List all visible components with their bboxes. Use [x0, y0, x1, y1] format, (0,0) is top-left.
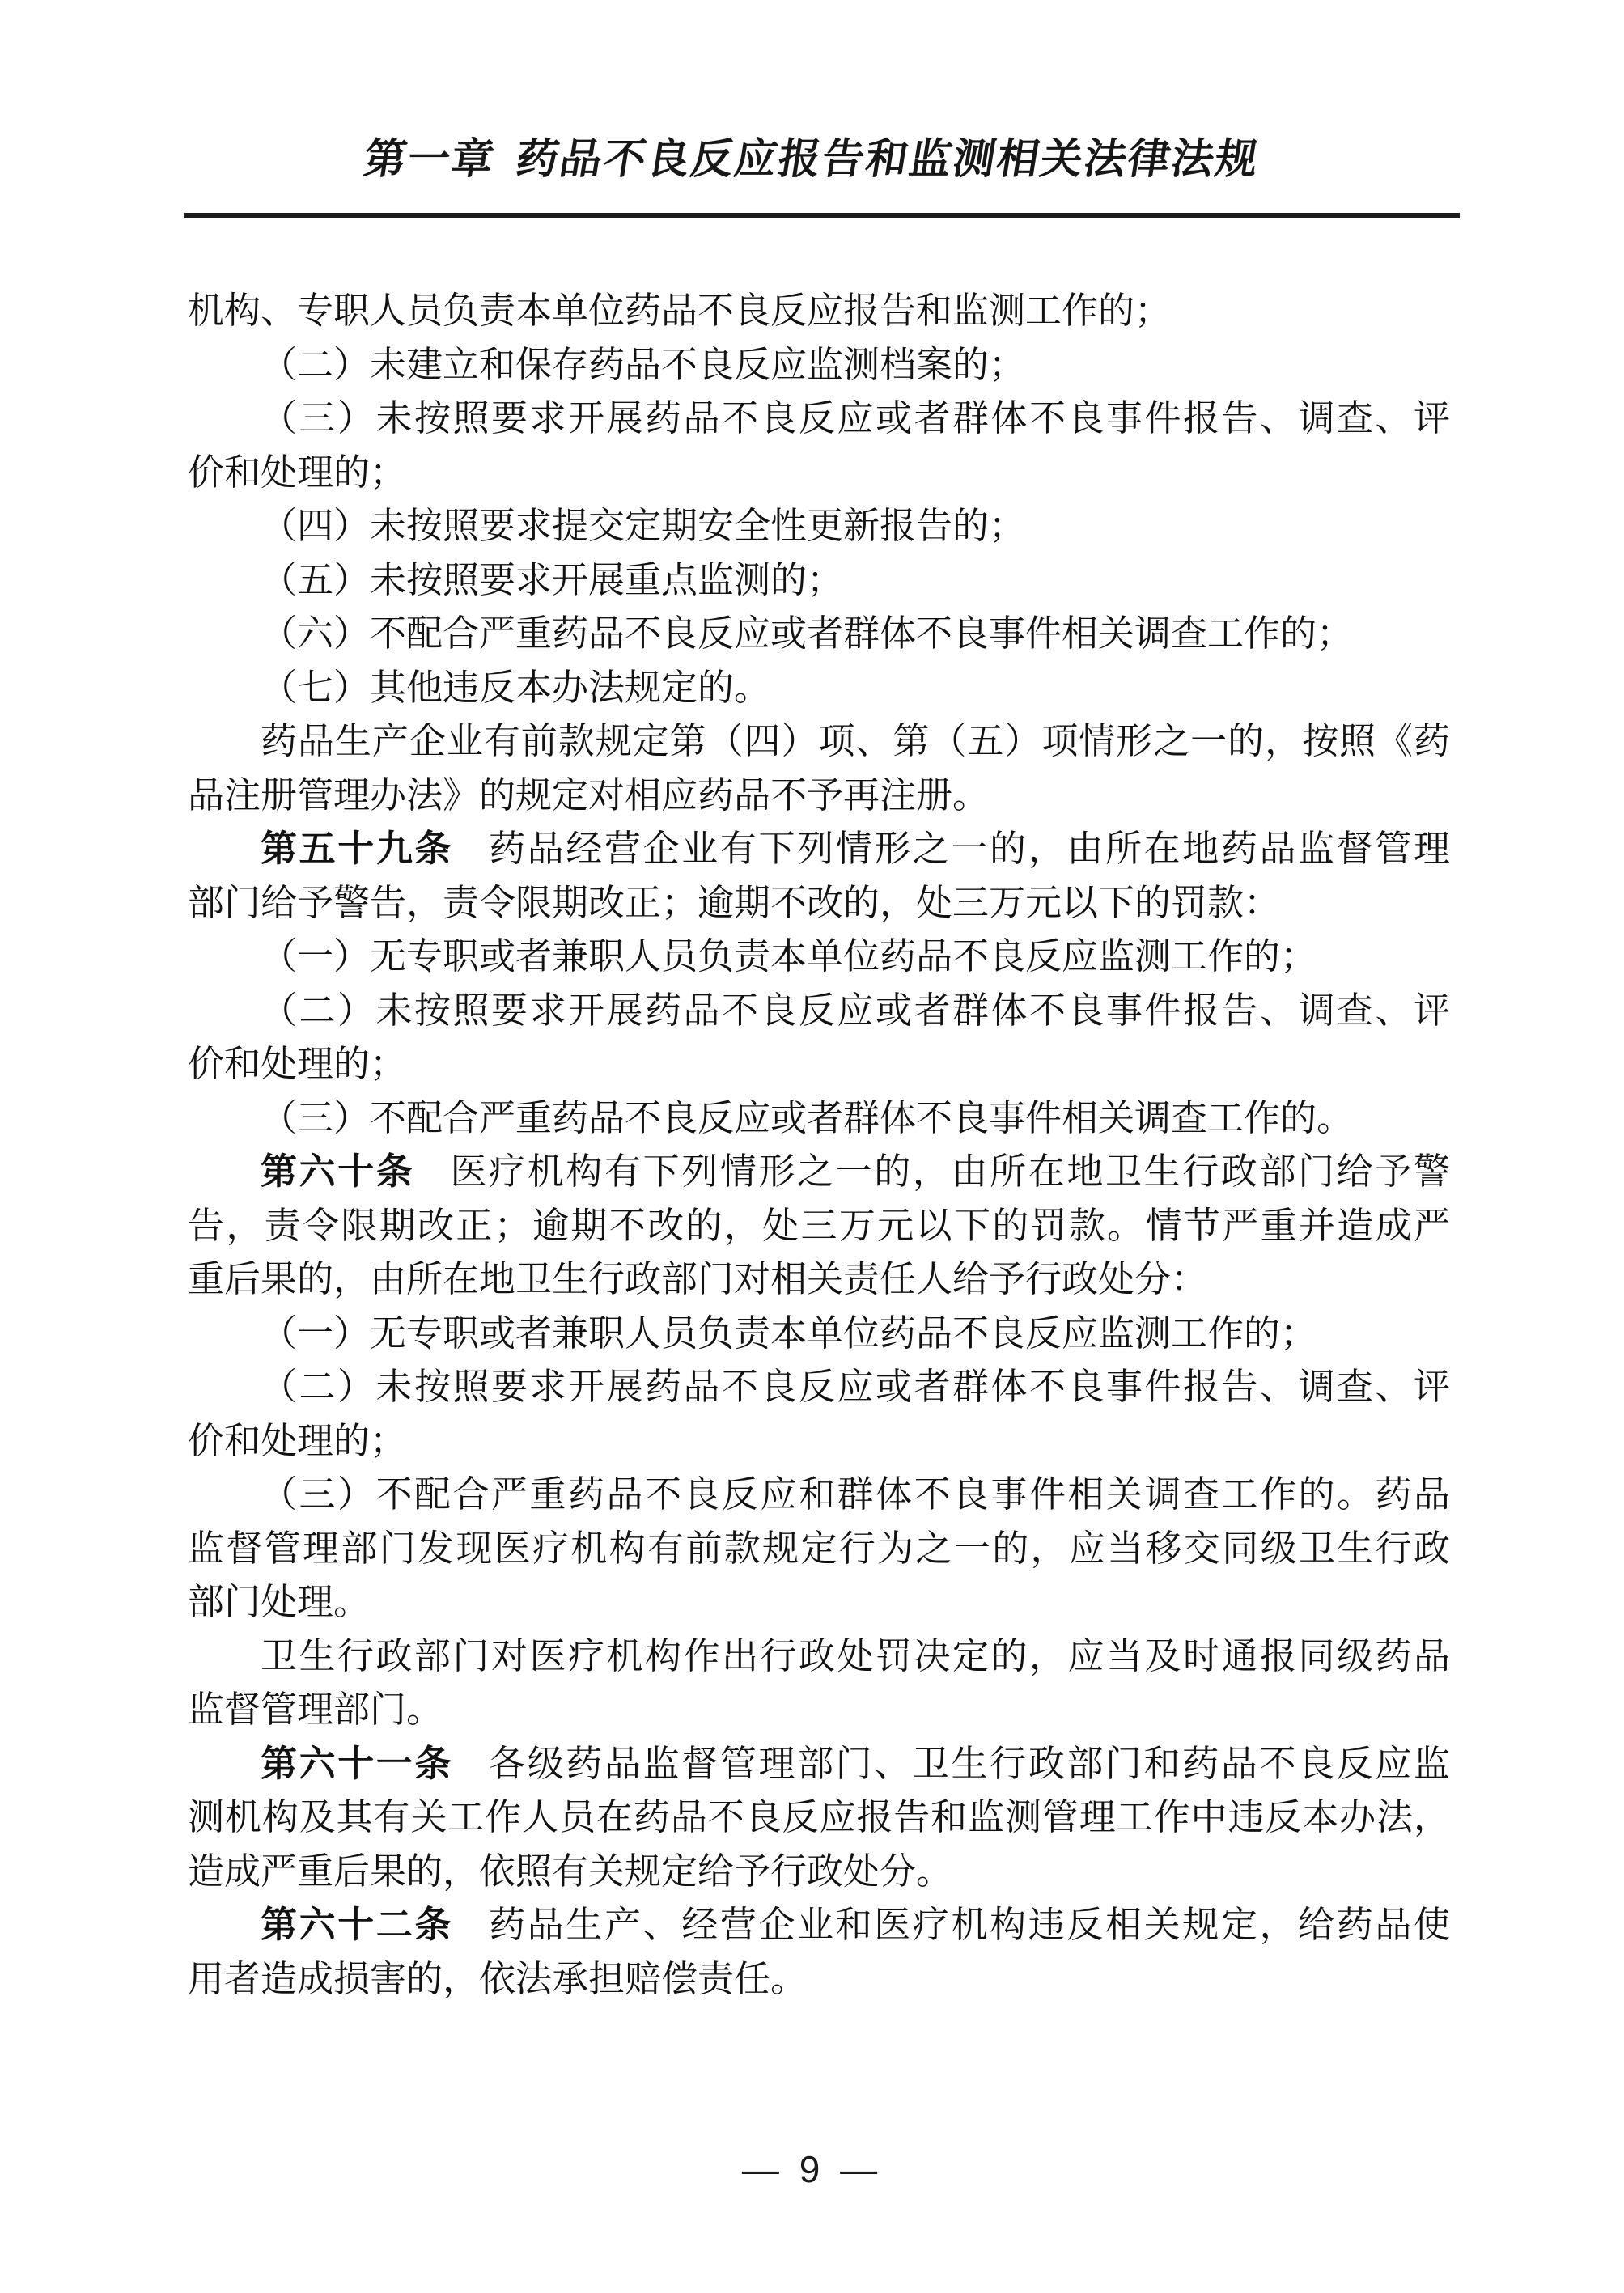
- line-text: 监督管理部门发现医疗机构有前款规定行为之一的，应当移交同级卫生行政: [188, 1528, 1450, 1569]
- body-line: 价和处理的；: [188, 1037, 1450, 1091]
- body-line: 测机构及其有关工作人员在药品不良反应报告和监测管理工作中违反本办法，: [188, 1791, 1450, 1845]
- line-text: 测机构及其有关工作人员在药品不良反应报告和监测管理工作中违反本办法，: [188, 1797, 1450, 1837]
- body-line: （五）未按照要求开展重点监测的；: [188, 553, 1450, 608]
- line-text: 价和处理的；: [188, 452, 406, 493]
- line-text: （二）未按照要求开展药品不良反应或者群体不良事件报告、调查、评: [261, 990, 1450, 1031]
- line-text: 卫生行政部门对医疗机构作出行政处罚决定的，应当及时通报同级药品: [261, 1636, 1450, 1676]
- body-line: （一）无专职或者兼职人员负责本单位药品不良反应监测工作的；: [188, 1307, 1450, 1361]
- line-text: 部门给予警告，责令限期改正；逾期不改的，处三万元以下的罚款：: [188, 883, 1280, 923]
- line-text: （四）未按照要求提交定期安全性更新报告的；: [261, 506, 1025, 546]
- body-line: （七）其他违反本办法规定的。: [188, 661, 1450, 715]
- line-text: 价和处理的；: [188, 1421, 406, 1461]
- body-line: 第六十条医疗机构有下列情形之一的，由所在地卫生行政部门给予警: [188, 1145, 1450, 1199]
- body-line: 监督管理部门发现医疗机构有前款规定行为之一的，应当移交同级卫生行政: [188, 1522, 1450, 1576]
- line-text: （一）无专职或者兼职人员负责本单位药品不良反应监测工作的；: [261, 936, 1317, 977]
- line-text: （五）未按照要求开展重点监测的；: [261, 560, 843, 600]
- header-divider: [184, 213, 1460, 218]
- body-line: 告，责令限期改正；逾期不改的，处三万元以下的罚款。情节严重并造成严: [188, 1199, 1450, 1253]
- body-line: （二）未按照要求开展药品不良反应或者群体不良事件报告、调查、评: [188, 1360, 1450, 1414]
- body-line: 部门给予警告，责令限期改正；逾期不改的，处三万元以下的罚款：: [188, 876, 1450, 930]
- body-line: 造成严重后果的，依照有关规定给予行政处分。: [188, 1845, 1450, 1899]
- body-text: 机构、专职人员负责本单位药品不良反应报告和监测工作的；（二）未建立和保存药品不良…: [188, 284, 1450, 2006]
- line-text: （二）未建立和保存药品不良反应监测档案的；: [261, 345, 1025, 385]
- line-text: 价和处理的；: [188, 1044, 406, 1084]
- body-line: 监督管理部门。: [188, 1683, 1450, 1737]
- line-text: （一）无专职或者兼职人员负责本单位药品不良反应监测工作的；: [261, 1313, 1317, 1354]
- body-line: 第六十二条药品生产、经营企业和医疗机构违反相关规定，给药品使: [188, 1898, 1450, 1952]
- line-text: 各级药品监督管理部门、卫生行政部门和药品不良反应监: [489, 1744, 1450, 1784]
- line-text: 医疗机构有下列情形之一的，由所在地卫生行政部门给予警: [450, 1151, 1450, 1192]
- body-line: （三）未按照要求开展药品不良反应或者群体不良事件报告、调查、评: [188, 392, 1450, 446]
- body-line: （三）不配合严重药品不良反应和群体不良事件相关调查工作的。药品: [188, 1468, 1450, 1522]
- body-line: （二）未建立和保存药品不良反应监测档案的；: [188, 338, 1450, 392]
- line-text: 药品经营企业有下列情形之一的，由所在地药品监督管理: [489, 829, 1450, 869]
- body-line: 机构、专职人员负责本单位药品不良反应报告和监测工作的；: [188, 284, 1450, 338]
- line-text: 用者造成损害的，依法承担赔偿责任。: [188, 1959, 807, 1999]
- body-line: （四）未按照要求提交定期安全性更新报告的；: [188, 499, 1450, 553]
- article-number: 第六十条: [261, 1151, 414, 1192]
- line-text: 品注册管理办法》的规定对相应药品不予再注册。: [188, 775, 989, 816]
- line-text: （二）未按照要求开展药品不良反应或者群体不良事件报告、调查、评: [261, 1367, 1450, 1407]
- line-text: （三）不配合严重药品不良反应和群体不良事件相关调查工作的。药品: [261, 1474, 1450, 1515]
- line-text: 告，责令限期改正；逾期不改的，处三万元以下的罚款。情节严重并造成严: [188, 1206, 1450, 1246]
- body-line: 卫生行政部门对医疗机构作出行政处罚决定的，应当及时通报同级药品: [188, 1630, 1450, 1684]
- line-text: （三）不配合严重药品不良反应或者群体不良事件相关调查工作的。: [261, 1098, 1353, 1138]
- article-number: 第六十二条: [261, 1904, 453, 1945]
- body-line: （三）不配合严重药品不良反应或者群体不良事件相关调查工作的。: [188, 1091, 1450, 1146]
- line-text: 药品生产企业有前款规定第（四）项、第（五）项情形之一的，按照《药: [261, 721, 1450, 761]
- body-line: 品注册管理办法》的规定对相应药品不予再注册。: [188, 769, 1450, 823]
- book-page: 第一章药品不良反应报告和监测相关法律法规 机构、专职人员负责本单位药品不良反应报…: [0, 0, 1624, 2293]
- chapter-title: 药品不良反应报告和监测相关法律法规: [513, 136, 1263, 183]
- line-text: 机构、专职人员负责本单位药品不良反应报告和监测工作的；: [188, 290, 1171, 331]
- line-text: 药品生产、经营企业和医疗机构违反相关规定，给药品使: [489, 1905, 1450, 1945]
- body-line: 部门处理。: [188, 1575, 1450, 1630]
- line-text: 部门处理。: [188, 1582, 370, 1622]
- body-line: 第五十九条药品经营企业有下列情形之一的，由所在地药品监督管理: [188, 822, 1450, 876]
- line-text: （六）不配合严重药品不良反应或者群体不良事件相关调查工作的；: [261, 613, 1353, 654]
- line-text: 造成严重后果的，依照有关规定给予行政处分。: [188, 1851, 952, 1892]
- line-text: （三）未按照要求开展药品不良反应或者群体不良事件报告、调查、评: [261, 398, 1450, 439]
- body-line: 重后果的，由所在地卫生行政部门对相关责任人给予行政处分：: [188, 1252, 1450, 1307]
- article-number: 第六十一条: [261, 1743, 453, 1784]
- body-line: 用者造成损害的，依法承担赔偿责任。: [188, 1952, 1450, 2007]
- body-line: 药品生产企业有前款规定第（四）项、第（五）项情形之一的，按照《药: [188, 714, 1450, 769]
- line-text: 重后果的，由所在地卫生行政部门对相关责任人给予行政处分：: [188, 1259, 1207, 1299]
- body-line: 价和处理的；: [188, 446, 1450, 500]
- body-line: （二）未按照要求开展药品不良反应或者群体不良事件报告、调查、评: [188, 984, 1450, 1038]
- body-line: （六）不配合严重药品不良反应或者群体不良事件相关调查工作的；: [188, 607, 1450, 661]
- body-line: （一）无专职或者兼职人员负责本单位药品不良反应监测工作的；: [188, 930, 1450, 984]
- page-header: 第一章药品不良反应报告和监测相关法律法规: [0, 134, 1624, 184]
- page-number: — 9 —: [0, 2144, 1624, 2194]
- line-text: （七）其他违反本办法规定的。: [261, 668, 770, 708]
- body-line: 第六十一条各级药品监督管理部门、卫生行政部门和药品不良反应监: [188, 1737, 1450, 1791]
- article-number: 第五十九条: [261, 828, 453, 869]
- line-text: 监督管理部门。: [188, 1689, 443, 1730]
- chapter-heading: 第一章药品不良反应报告和监测相关法律法规: [361, 134, 1264, 184]
- chapter-label: 第一章: [361, 136, 499, 183]
- body-line: 价和处理的；: [188, 1414, 1450, 1469]
